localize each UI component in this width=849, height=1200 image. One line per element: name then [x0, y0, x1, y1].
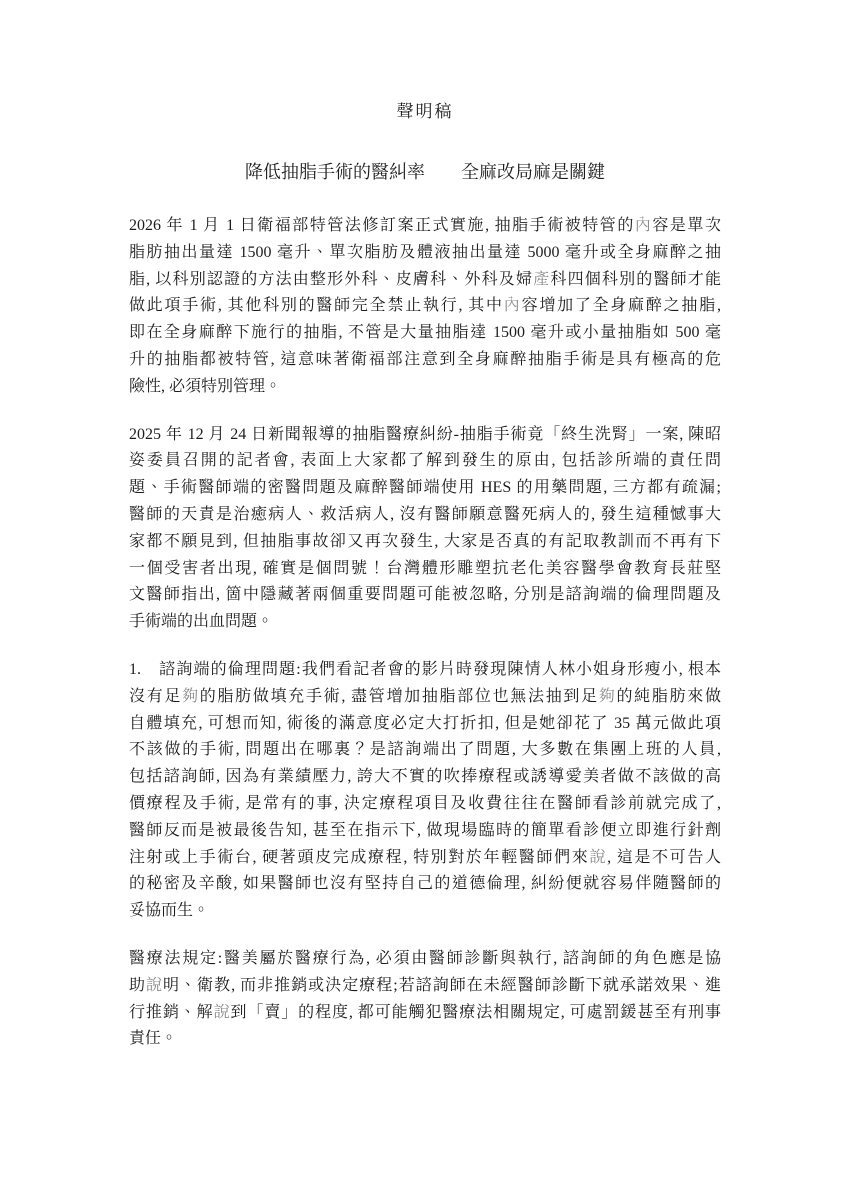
- document-body: 2026 年 1 月 1 日衛福部特管法修訂案正式實施, 抽脂手術被特管的內容是…: [129, 213, 721, 1053]
- document-subtitle: 降低抽脂手術的醫糾率 全麻改局麻是關鍵: [129, 160, 721, 184]
- substituted-glyph: 內: [504, 297, 522, 314]
- document-page: 聲明稿 降低抽脂手術的醫糾率 全麻改局麻是關鍵 2026 年 1 月 1 日衛福…: [0, 0, 849, 1200]
- text-line: 醫師反而是被最後告知, 甚至在指示下, 做現場臨時的簡單看診便立即進行針劑: [129, 818, 721, 845]
- text-line: 助說明、衛教, 而非推銷或決定療程;若諮詢師在未經醫師診斷下就承諾效果、進: [129, 973, 721, 1000]
- text-line: 妥協而生。: [129, 898, 721, 925]
- text-line: 險性, 必須特別管理。: [129, 374, 721, 401]
- substituted-glyph: 說: [589, 849, 607, 866]
- text-line: 即在全身麻醉下施行的抽脂, 不管是大量抽脂達 1500 毫升或小量抽脂如 500…: [129, 320, 721, 347]
- substituted-glyph: 說: [214, 1004, 231, 1021]
- text-line: 自體填充, 可想而知, 術後的滿意度必定大打折扣, 但是她卻花了 35 萬元做此…: [129, 711, 721, 738]
- substituted-glyph: 夠: [182, 688, 200, 705]
- text-line: 醫療法規定:醫美屬於醫療行為, 必須由醫師診斷與執行, 諮詢師的角色應是協: [129, 946, 721, 973]
- paragraph: 醫療法規定:醫美屬於醫療行為, 必須由醫師診斷與執行, 諮詢師的角色應是協助說明…: [129, 946, 721, 1053]
- text-line: 行推銷、解說到「賣」的程度, 都可能觸犯醫療法相關規定, 可處罰鍰甚至有刑事: [129, 1000, 721, 1027]
- text-line: 1. 諮詢端的倫理問題:我們看記者會的影片時發現陳情人林小姐身形瘦小, 根本: [129, 657, 721, 684]
- text-line: 升的抽脂都被特管, 這意味著衛福部注意到全身麻醉抽脂手術是具有極高的危: [129, 347, 721, 374]
- substituted-glyph: 內: [635, 217, 653, 234]
- text-line: 姿委員召開的記者會, 表面上大家都了解到發生的原由, 包括診所端的責任問: [129, 448, 721, 475]
- text-line: 做此項手術, 其他科別的醫師完全禁止執行, 其中內容增加了全身麻醉之抽脂,: [129, 293, 721, 320]
- text-line: 2025 年 12 月 24 日新聞報導的抽脂醫療糾紛-抽脂手術竟「終生洗腎」一…: [129, 422, 721, 449]
- text-line: 一個受害者出現, 確實是個問號！台灣體形雕塑抗老化美容醫學會教育長莊堅: [129, 556, 721, 583]
- paragraph: 1. 諮詢端的倫理問題:我們看記者會的影片時發現陳情人林小姐身形瘦小, 根本沒有…: [129, 657, 721, 925]
- text-line: 責任。: [129, 1026, 721, 1053]
- text-line: 脂肪抽出量達 1500 毫升、單次脂肪及體液抽出量達 5000 毫升或全身麻醉之…: [129, 240, 721, 267]
- text-line: 題、手術醫師端的密醫問題及麻醉醫師端使用 HES 的用藥問題, 三方都有疏漏;: [129, 475, 721, 502]
- text-line: 價療程及手術, 是常有的事, 決定療程項目及收費往往在醫師看診前就完成了,: [129, 791, 721, 818]
- document-title: 聲明稿: [129, 101, 721, 122]
- paragraph: 2025 年 12 月 24 日新聞報導的抽脂醫療糾紛-抽脂手術竟「終生洗腎」一…: [129, 422, 721, 636]
- text-line: 醫師的天責是治癒病人、救活病人, 沒有醫師願意醫死病人的, 發生這種憾事大: [129, 502, 721, 529]
- text-line: 脂, 以科別認證的方法由整形外科、皮膚科、外科及婦產科四個科別的醫師才能: [129, 267, 721, 294]
- substituted-glyph: 夠: [599, 688, 617, 705]
- text-line: 2026 年 1 月 1 日衛福部特管法修訂案正式實施, 抽脂手術被特管的內容是…: [129, 213, 721, 240]
- text-line: 的秘密及辛酸, 如果醫師也沒有堅持自己的道德倫理, 糾紛便就容易伴隨醫師的: [129, 871, 721, 898]
- text-line: 文醫師指出, 箇中隱藏著兩個重要問題可能被忽略, 分別是諮詢端的倫理問題及: [129, 582, 721, 609]
- text-line: 注射或上手術台, 硬著頭皮完成療程, 特別對於年輕醫師們來說, 這是不可告人: [129, 845, 721, 872]
- text-line: 家都不願見到, 但抽脂事故卻又再次發生, 大家是否真的有記取教訓而不再有下: [129, 529, 721, 556]
- paragraph: 2026 年 1 月 1 日衛福部特管法修訂案正式實施, 抽脂手術被特管的內容是…: [129, 213, 721, 401]
- text-line: 沒有足夠的脂肪做填充手術, 盡管增加抽脂部位也無法抽到足夠的純脂肪來做: [129, 684, 721, 711]
- substituted-glyph: 說: [146, 977, 163, 994]
- text-line: 包括諮詢師, 因為有業績壓力, 誇大不實的吹捧療程或誘導愛美者做不該做的高: [129, 764, 721, 791]
- text-line: 手術端的出血問題。: [129, 609, 721, 636]
- substituted-glyph: 產: [533, 271, 550, 288]
- text-line: 不該做的手術, 問題出在哪裏？是諮詢端出了問題, 大多數在集團上班的人員,: [129, 737, 721, 764]
